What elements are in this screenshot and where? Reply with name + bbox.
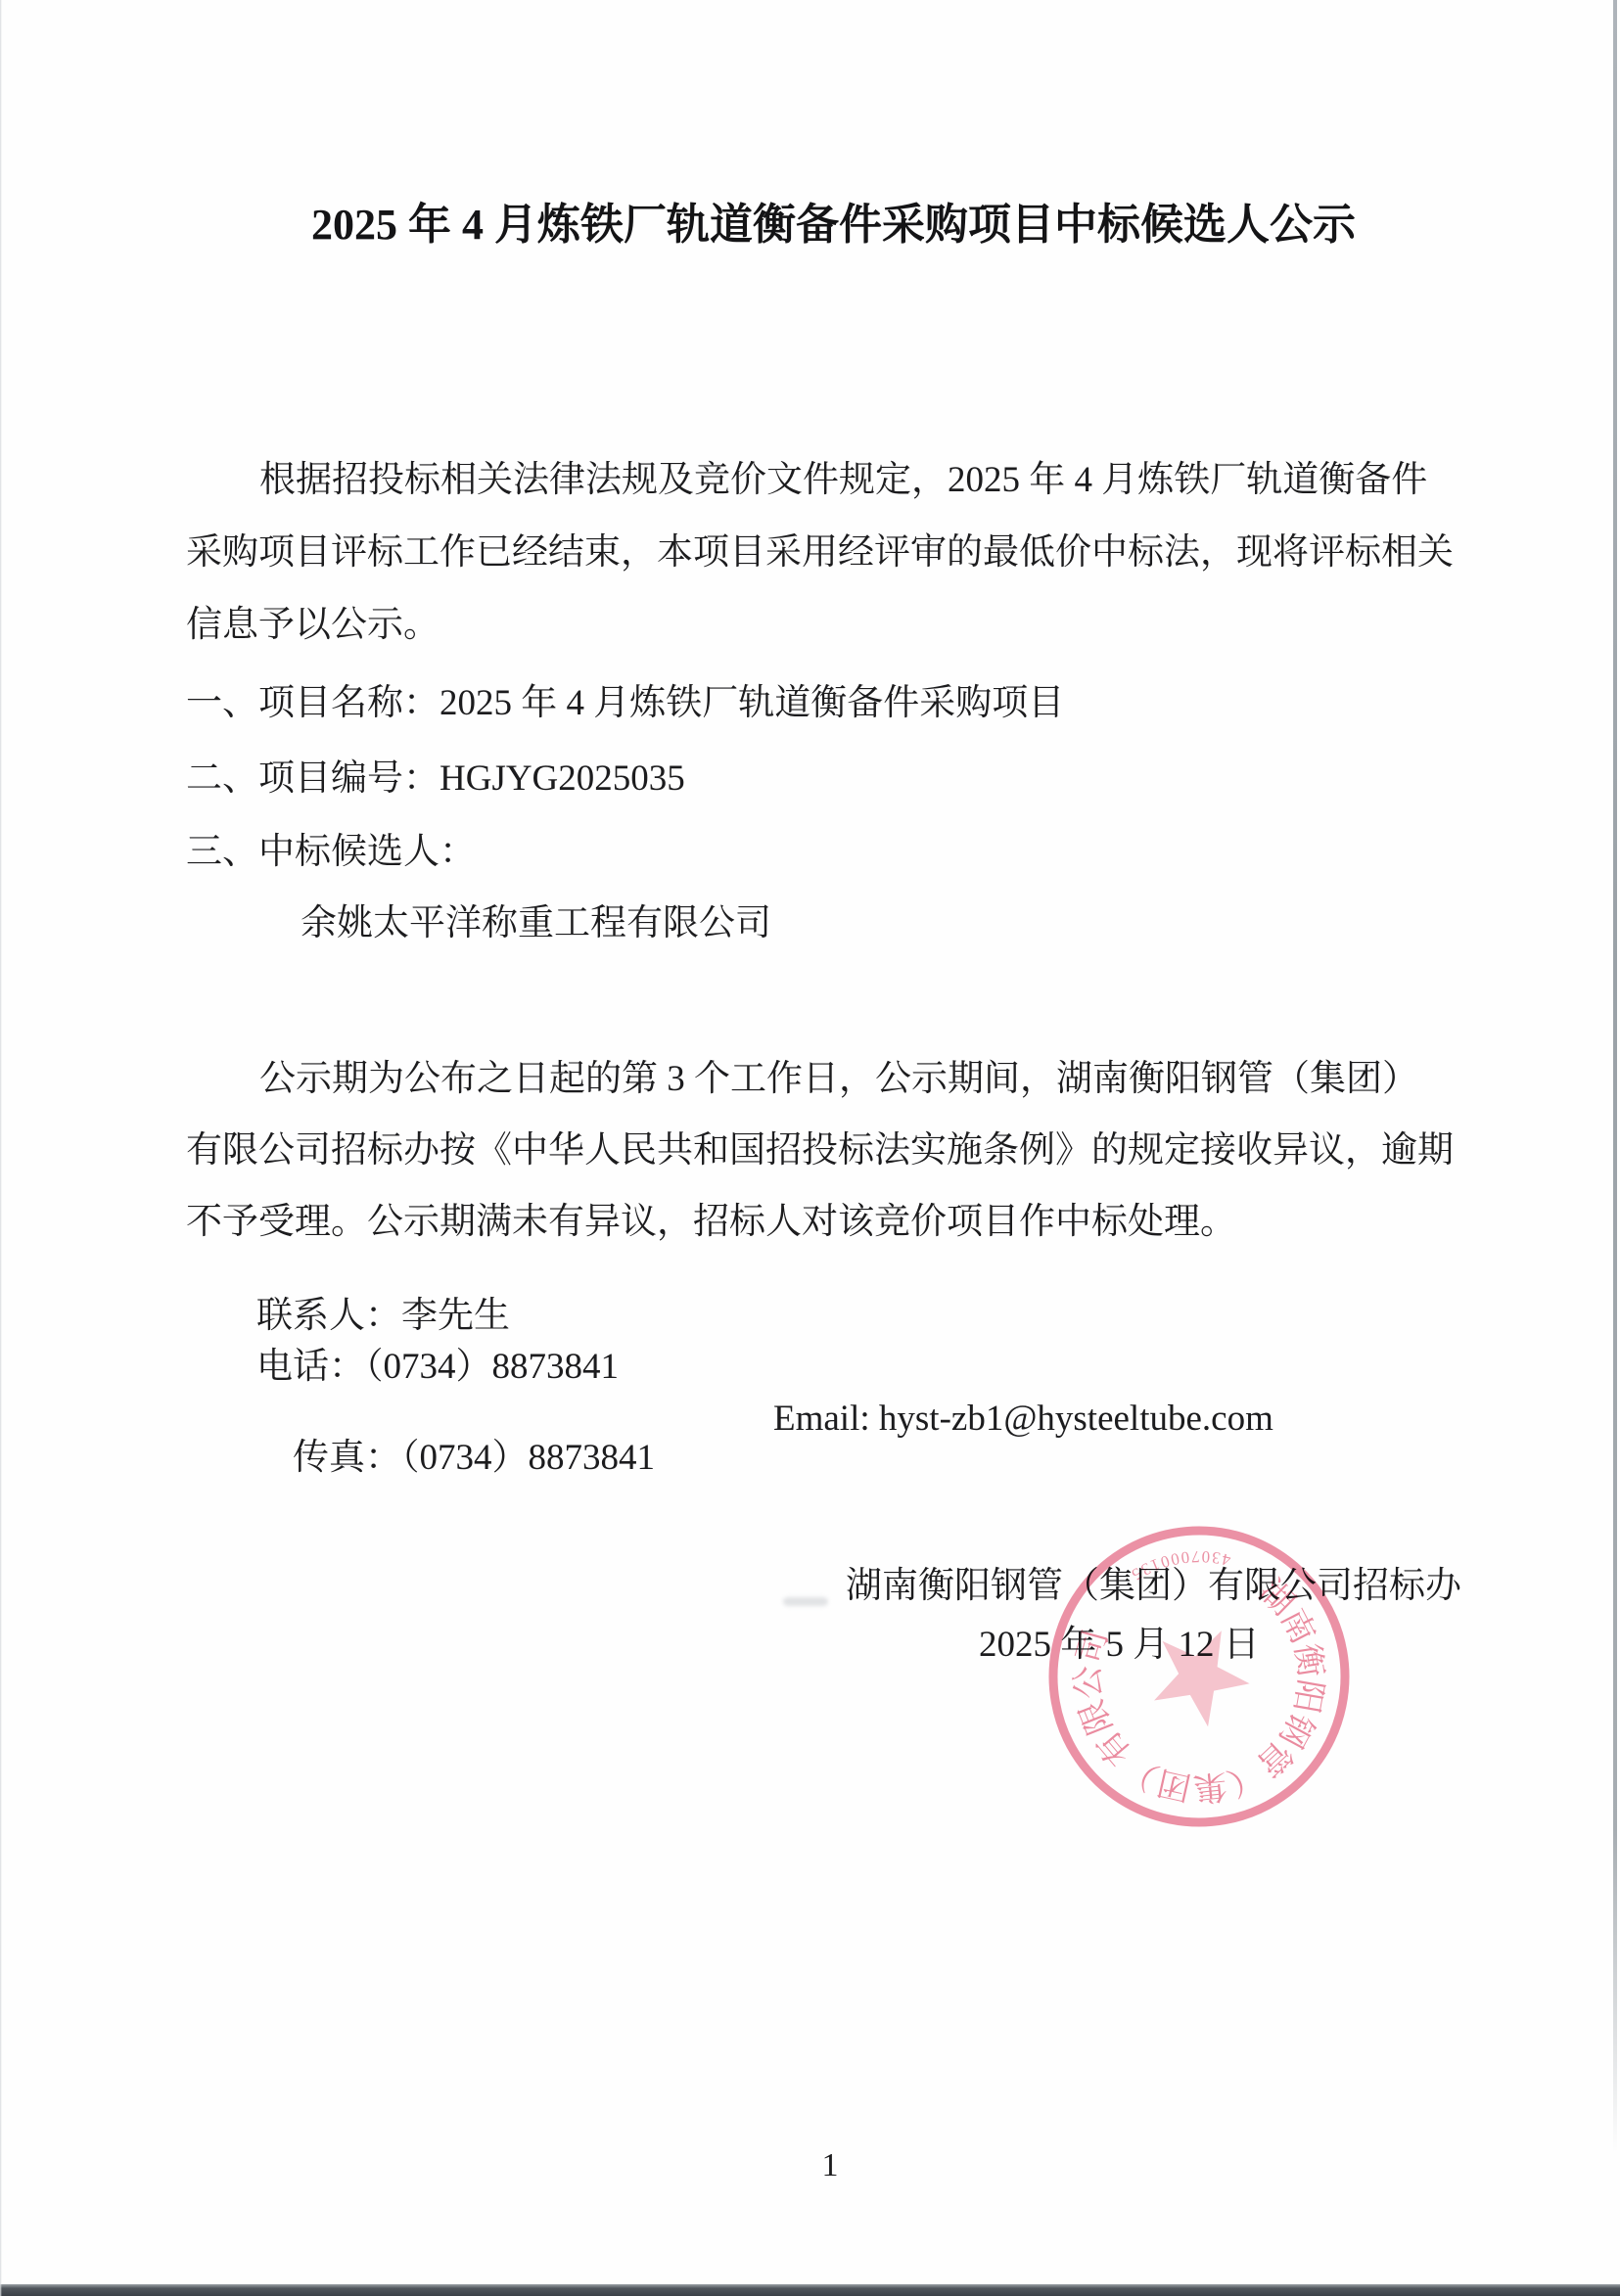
list-item-project-name: 一、项目名称：2025 年 4 月炼铁厂轨道衡备件采购项目: [186, 682, 1064, 725]
page-number: 1: [810, 2146, 850, 2185]
list-item-winning-candidate: 三、中标候选人：: [186, 831, 476, 874]
paragraph1-line: 采购项目评标工作已经结束，本项目采用经评审的最低价中标法，现将评标相关: [186, 531, 1454, 574]
contact-person: 联系人：李先生: [256, 1297, 510, 1336]
svg-text:43070001359: 43070001359: [1125, 1518, 1375, 1853]
paragraph2-line: 不予受理。公示期满未有异议，招标人对该竞价项目作中标处理。: [186, 1201, 1236, 1244]
candidate-company-name: 余姚太平洋称重工程有限公司: [301, 902, 771, 945]
list-item-project-number: 二、项目编号：HGJYG2025035: [186, 758, 685, 801]
document-title: 2025 年 4 月炼铁厂轨道衡备件采购项目中标候选人公示: [311, 200, 1356, 251]
contact-phone: 电话：（0734）8873841: [256, 1348, 619, 1387]
scan-smudge: [783, 1597, 828, 1606]
company-seal-stamp: 湖南衡阳钢管（集团）有限公司 43070001359: [1023, 1500, 1375, 1853]
stamp-code-text: 43070001359: [1125, 1518, 1375, 1853]
contact-fax-email-row: 传真：（0734）8873841 Email: hyst-zb1@hysteel…: [256, 1400, 1431, 1439]
contact-fax: 传真：（0734）8873841: [293, 1438, 655, 1478]
scanner-edge-bottom: [0, 2284, 1620, 2296]
scanner-edge-left: [0, 0, 2, 2296]
contact-email: Email: hyst-zb1@hysteeltube.com: [773, 1400, 1273, 1439]
scanner-edge-right: [1613, 0, 1617, 2153]
paragraph2-line: 有限公司招标办按《中华人民共和国招投标法实施条例》的规定接收异议，逾期: [186, 1129, 1454, 1172]
scanned-document-page: 2025 年 4 月炼铁厂轨道衡备件采购项目中标候选人公示 根据招投标相关法律法…: [0, 0, 1620, 2296]
paragraph1-line: 信息予以公示。: [186, 604, 440, 647]
stamp-star-icon: [1144, 1628, 1256, 1735]
paragraph2-line: 公示期为公布之日起的第 3 个工作日，公示期间，湖南衡阳钢管（集团）: [259, 1058, 1418, 1101]
paragraph1-line: 根据招投标相关法律法规及竞价文件规定，2025 年 4 月炼铁厂轨道衡备件: [259, 459, 1427, 502]
